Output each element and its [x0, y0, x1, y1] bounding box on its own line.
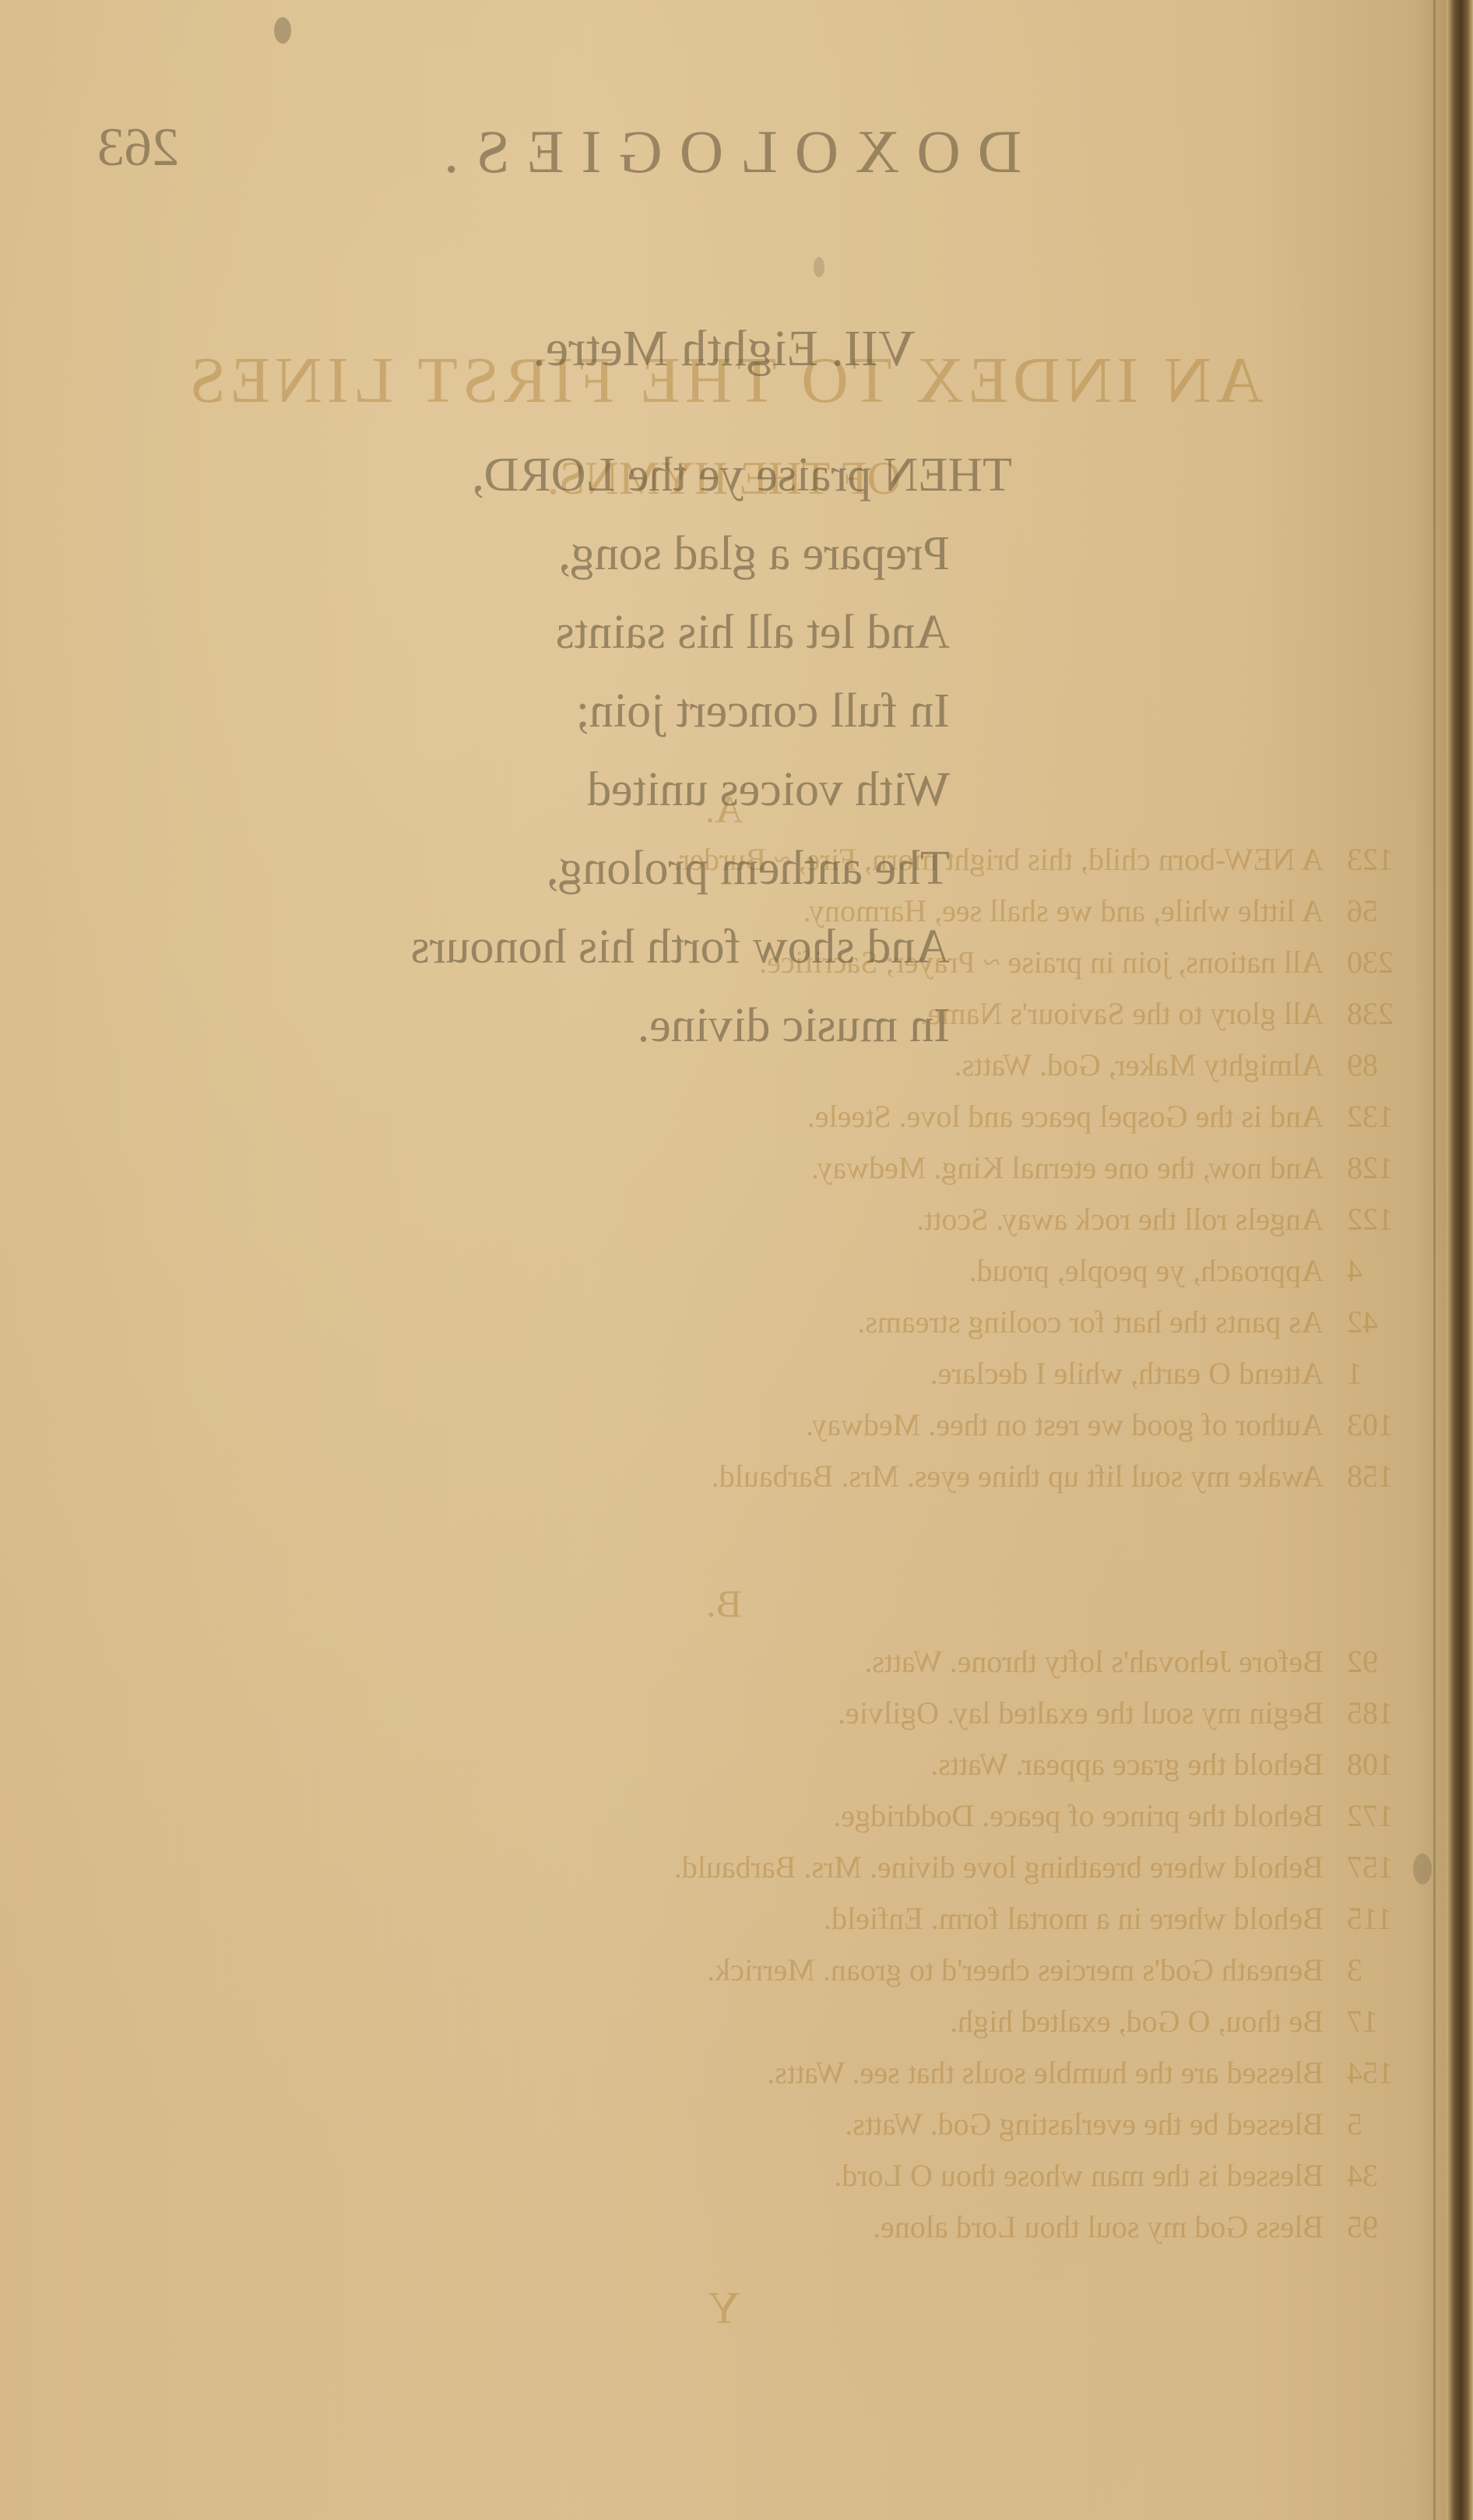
- verse-line: Prepare a glad song,: [0, 515, 1448, 593]
- page-number: 263: [97, 117, 179, 179]
- verse-line: In full concert join;: [0, 672, 1448, 751]
- running-head: DOXOLOGIES.: [0, 117, 1448, 187]
- verse-body: THEN praise ye the LORD, Prepare a glad …: [0, 436, 1448, 1065]
- reverse-doxology-layer: DOXOLOGIES. 263 VII. Eighth Metre. THEN …: [0, 0, 1448, 2520]
- verse-line: And let all his saints: [0, 593, 1448, 672]
- verse-line: THEN praise ye the LORD,: [0, 436, 1448, 515]
- verse-line: And show forth his honours: [0, 908, 1448, 987]
- verse-heading: VII. Eighth Metre.: [0, 319, 1448, 378]
- verse-line: With voices united: [0, 751, 1448, 829]
- book-binding-edge: [1447, 0, 1473, 2520]
- scanned-page: AN INDEX TO THE FIRST LINES OF THE HYMNS…: [0, 0, 1473, 2520]
- verse-line: In music divine.: [0, 987, 1448, 1065]
- verse-line: The anthem prolong,: [0, 829, 1448, 908]
